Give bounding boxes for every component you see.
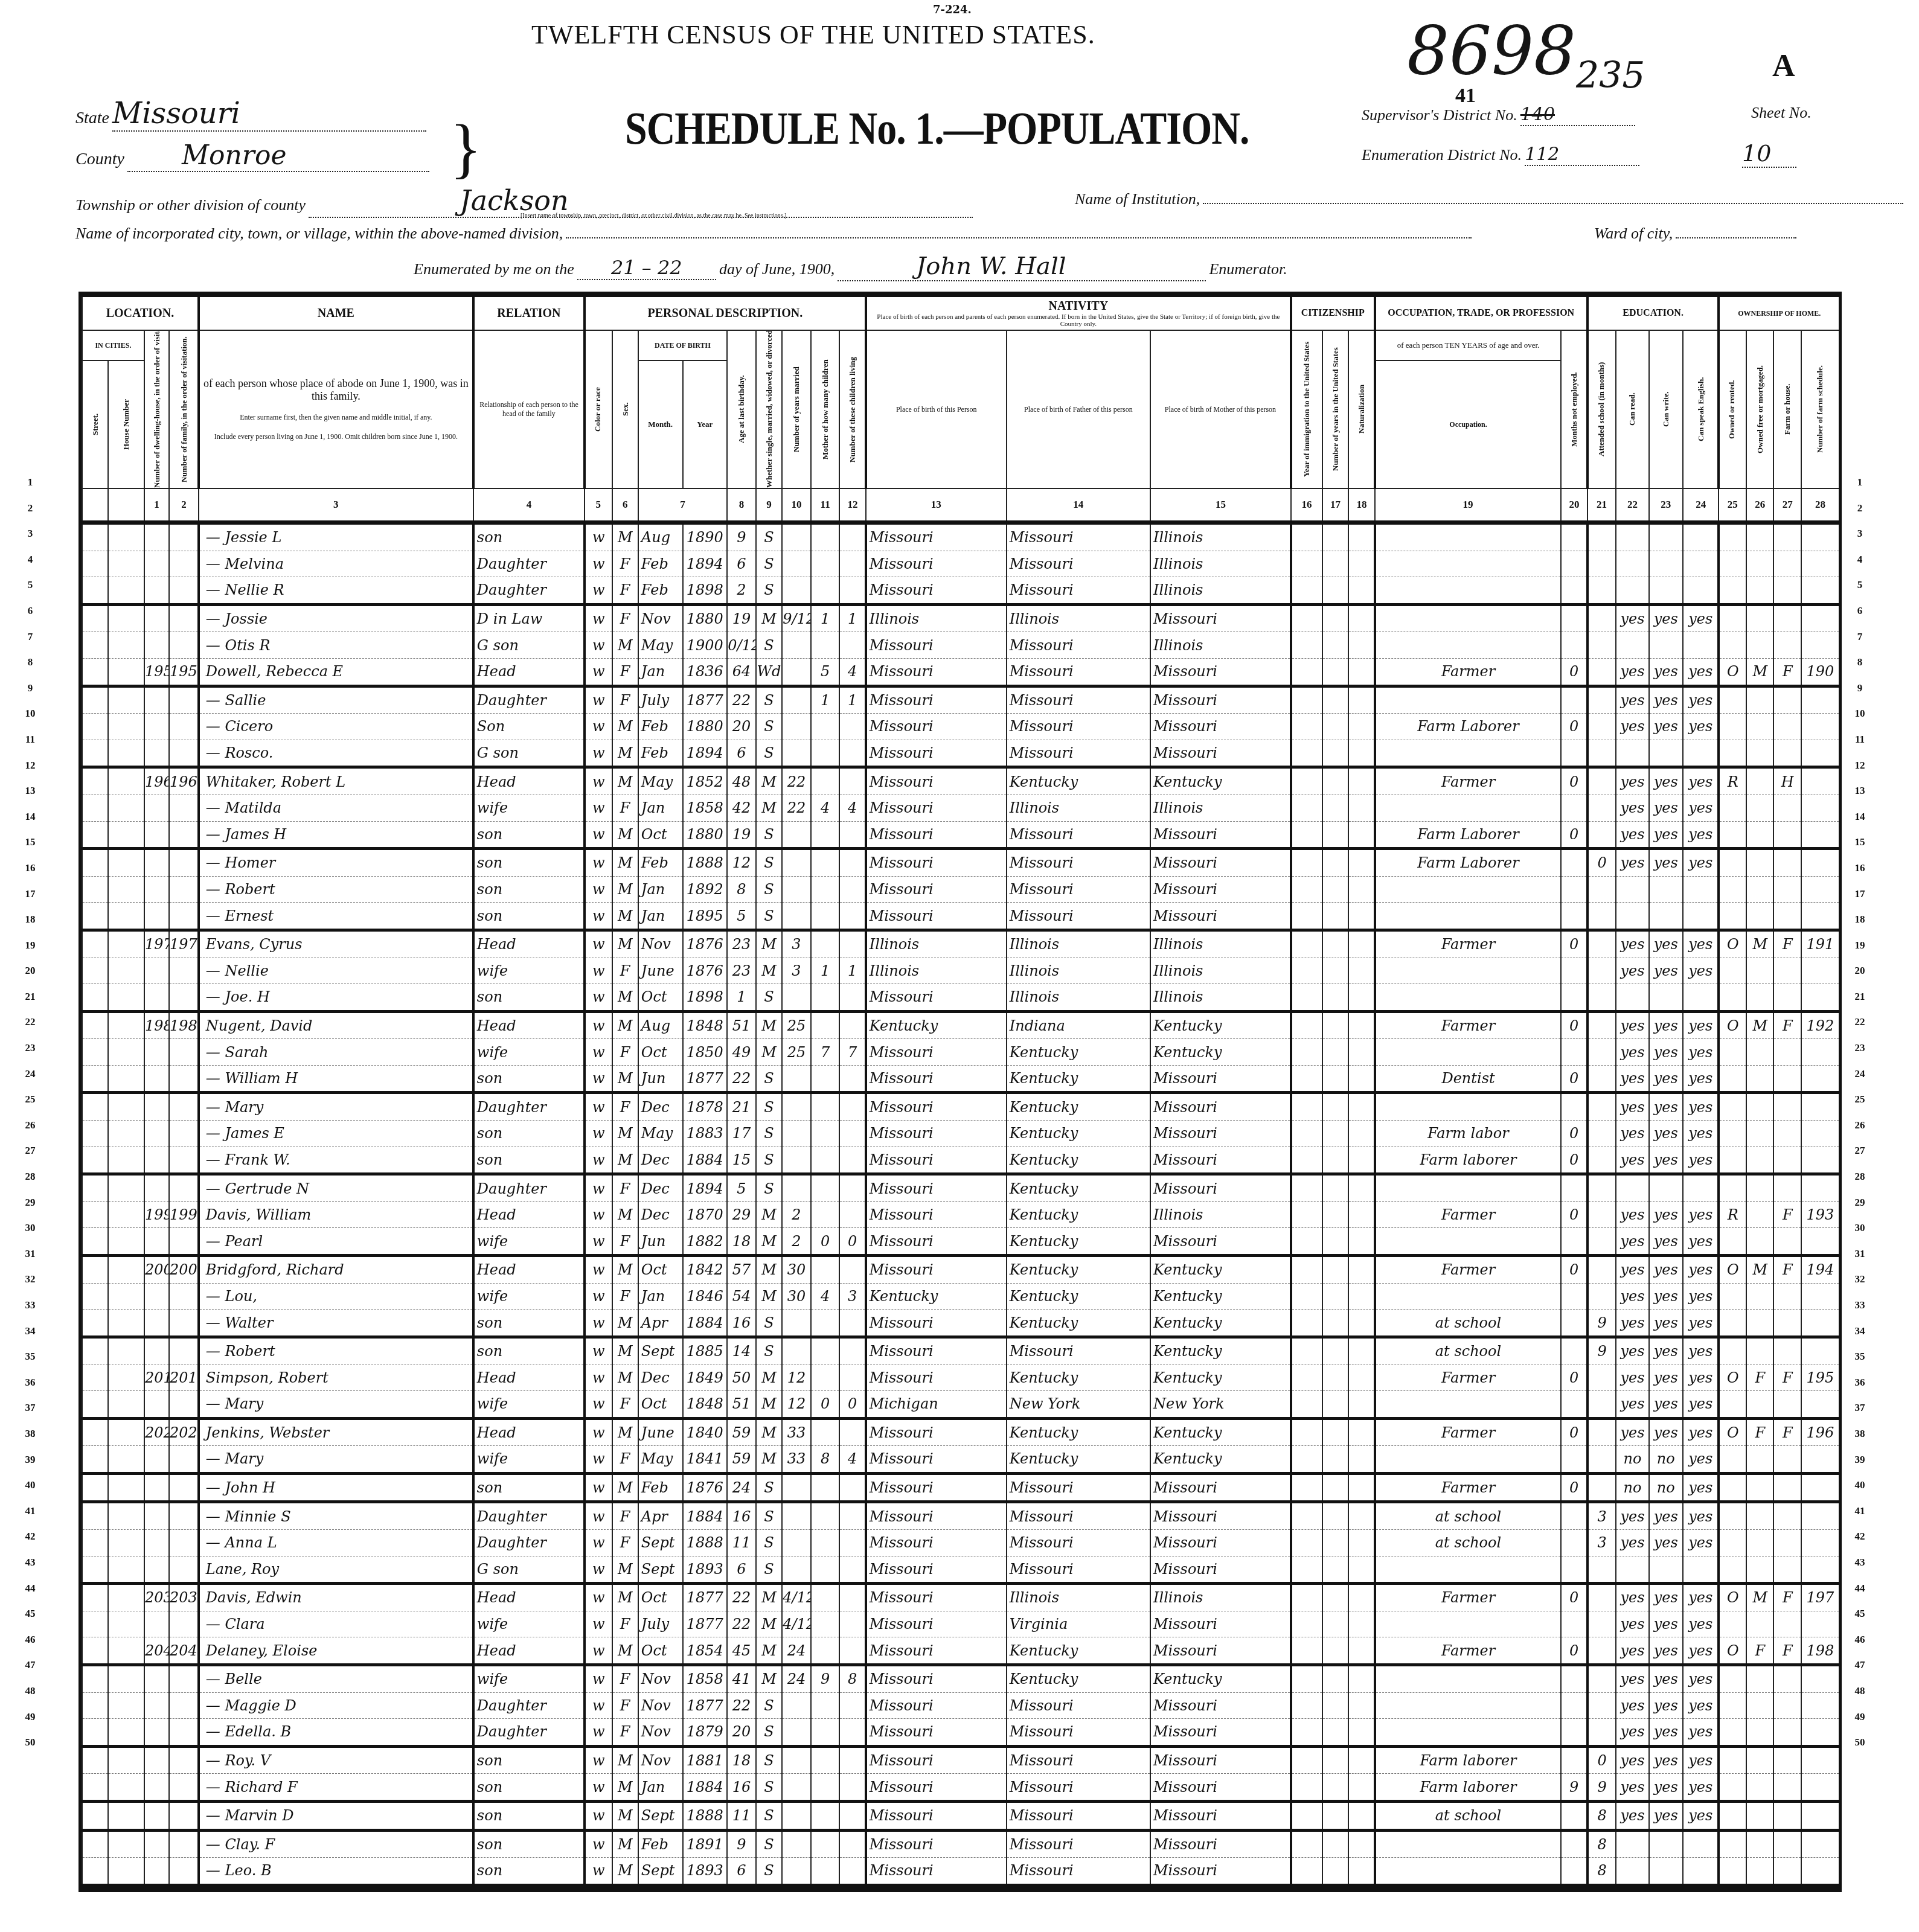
months-unemployed [1561, 1391, 1587, 1419]
owned-rented: O [1719, 658, 1746, 686]
children-living [839, 1611, 865, 1637]
can-read: yes [1616, 1256, 1648, 1284]
birthplace-father: Missouri [1007, 686, 1150, 714]
birthplace-person: Missouri [866, 551, 1007, 577]
birthplace-father: Missouri [1007, 1502, 1150, 1530]
empty-cell [108, 1692, 144, 1719]
empty-cell [82, 1830, 108, 1858]
speaks-english: yes [1683, 930, 1719, 958]
months-unemployed [1561, 1529, 1587, 1556]
empty-cell [82, 1391, 108, 1419]
years-married [782, 1093, 811, 1121]
birth-year: 1877 [683, 1584, 728, 1611]
birth-year: 1879 [683, 1719, 728, 1747]
dwelling-number [144, 876, 169, 903]
mother-of-children: 1 [811, 958, 840, 984]
speaks-english: yes [1683, 958, 1719, 984]
free-mortgaged [1746, 1774, 1774, 1802]
state-value: Missouri [112, 97, 426, 132]
family-number [169, 1665, 199, 1692]
birthplace-mother: Missouri [1150, 1637, 1291, 1665]
birthplace-person: Missouri [866, 1093, 1007, 1121]
relation: Head [473, 1201, 585, 1228]
table-row: — Gertrude NDaughterwFDec18945SMissouriK… [82, 1174, 1839, 1202]
can-read [1616, 903, 1648, 930]
empty-cell [1291, 1774, 1322, 1802]
line-number: 45 [18, 1601, 42, 1627]
occupation: Farmer [1375, 1584, 1562, 1611]
years-married [782, 714, 811, 740]
mother-of-children [811, 1418, 840, 1446]
empty-cell [82, 1801, 108, 1830]
empty-cell [108, 1337, 144, 1364]
birthplace-person: Missouri [866, 1201, 1007, 1228]
relation: Head [473, 1256, 585, 1284]
mother-of-children [811, 1201, 840, 1228]
sex: F [612, 686, 638, 714]
can-read: yes [1616, 1364, 1648, 1391]
family-number [169, 1093, 199, 1121]
farm-house [1773, 523, 1801, 551]
years-married: 4/12 [782, 1584, 811, 1611]
family-number [169, 849, 199, 877]
person-name: — Gertrude N [199, 1174, 473, 1202]
relation: wife [473, 1283, 585, 1310]
can-read [1616, 551, 1648, 577]
color-race: w [585, 551, 612, 577]
empty-cell [1291, 658, 1322, 686]
birth-month: Aug [638, 1011, 683, 1039]
dwelling-number [144, 1529, 169, 1556]
table-row: — Richard FsonwMJan188416SMissouriMissou… [82, 1774, 1839, 1802]
occupation: Farmer [1375, 1256, 1562, 1284]
farm-schedule-number [1801, 1529, 1839, 1556]
farm-house [1773, 1337, 1801, 1364]
line-number: 6 [1848, 598, 1872, 624]
years-married: 3 [782, 958, 811, 984]
column-number: 27 [1773, 488, 1801, 523]
years-married [782, 1174, 811, 1202]
attended-school [1587, 1228, 1616, 1256]
children-living [839, 930, 865, 958]
table-row: — WaltersonwMApr188416SMissouriKentuckyK… [82, 1310, 1839, 1337]
years-married: 9/12 [782, 604, 811, 632]
can-write [1649, 984, 1683, 1012]
marital-status: S [756, 984, 782, 1012]
birthplace-mother: Kentucky [1150, 1665, 1291, 1692]
sex: M [612, 1473, 638, 1502]
children-living [839, 1801, 865, 1830]
family-number [169, 1446, 199, 1474]
empty-cell [1348, 658, 1374, 686]
line-number: 37 [1848, 1395, 1872, 1421]
years-married: 30 [782, 1256, 811, 1284]
column-number: 3 [199, 488, 473, 523]
occupation: Farm Laborer [1375, 849, 1562, 877]
relation: son [473, 1830, 585, 1858]
birthplace-father: Missouri [1007, 1556, 1150, 1584]
free-mortgaged [1746, 767, 1774, 795]
birth-year: 1848 [683, 1011, 728, 1039]
color-race: w [585, 1529, 612, 1556]
age: 64 [727, 658, 756, 686]
dwelling-number: 204 [144, 1637, 169, 1665]
brace: } [450, 115, 482, 181]
empty-cell [1322, 604, 1348, 632]
marital-status: S [756, 1858, 782, 1886]
birth-year: 1840 [683, 1418, 728, 1446]
header-ownership: OWNERSHIP OF HOME. [1719, 297, 1839, 330]
line-number: 41 [1848, 1499, 1872, 1524]
column-number: 18 [1348, 488, 1374, 523]
children-living [839, 1065, 865, 1093]
age: 41 [727, 1665, 756, 1692]
speaks-english: yes [1683, 1121, 1719, 1147]
empty-cell [108, 1093, 144, 1121]
person-name: — Clay. F [199, 1830, 473, 1858]
can-write: yes [1649, 1364, 1683, 1391]
age: 22 [727, 1692, 756, 1719]
sex: M [612, 714, 638, 740]
farm-schedule-number [1801, 1665, 1839, 1692]
empty-cell [1291, 1719, 1322, 1747]
color-race: w [585, 658, 612, 686]
birthplace-mother: Missouri [1150, 1502, 1291, 1530]
sex: M [612, 1256, 638, 1284]
farm-schedule-number [1801, 1446, 1839, 1474]
age: 22 [727, 1584, 756, 1611]
empty-cell [108, 1283, 144, 1310]
age: 19 [727, 821, 756, 849]
empty-cell [1291, 1065, 1322, 1093]
dwelling-number [144, 1446, 169, 1474]
occupation [1375, 551, 1562, 577]
occupation [1375, 1665, 1562, 1692]
birthplace-person: Missouri [866, 1256, 1007, 1284]
speaks-english: yes [1683, 1364, 1719, 1391]
age: 18 [727, 1746, 756, 1774]
empty-cell [1348, 1283, 1374, 1310]
months-unemployed: 0 [1561, 1584, 1587, 1611]
birthplace-father: Missouri [1007, 1692, 1150, 1719]
birth-month: July [638, 1611, 683, 1637]
header-location: LOCATION. [82, 297, 199, 330]
table-row: 204204Delaney, EloiseHeadwMOct185445M24M… [82, 1637, 1839, 1665]
color-race: w [585, 604, 612, 632]
line-number: 5 [18, 572, 42, 598]
years-married: 3 [782, 930, 811, 958]
color-race: w [585, 1556, 612, 1584]
attended-school [1587, 1174, 1616, 1202]
line-number: 40 [18, 1473, 42, 1499]
family-number [169, 903, 199, 930]
empty-cell [108, 1774, 144, 1802]
marital-status: M [756, 1283, 782, 1310]
months-unemployed [1561, 632, 1587, 659]
years-married [782, 1473, 811, 1502]
empty-cell [108, 604, 144, 632]
can-write: yes [1649, 849, 1683, 877]
line-number: 38 [18, 1421, 42, 1447]
years-married [782, 1556, 811, 1584]
months-unemployed [1561, 523, 1587, 551]
sex: F [612, 1502, 638, 1530]
empty-cell [1291, 1637, 1322, 1665]
empty-cell [1322, 577, 1348, 605]
years-married [782, 903, 811, 930]
speaks-english: yes [1683, 1719, 1719, 1747]
owned-rented [1719, 1121, 1746, 1147]
attended-school [1587, 1121, 1616, 1147]
years-married [782, 523, 811, 551]
family-number [169, 577, 199, 605]
can-write [1649, 577, 1683, 605]
sex: M [612, 632, 638, 659]
empty-cell [1322, 1256, 1348, 1284]
table-row: — James EsonwMMay188317SMissouriKentucky… [82, 1121, 1839, 1147]
color-race: w [585, 795, 612, 821]
owned-rented [1719, 1039, 1746, 1066]
sex: M [612, 1774, 638, 1802]
empty-cell [82, 1529, 108, 1556]
can-read: yes [1616, 1011, 1648, 1039]
attended-school [1587, 958, 1616, 984]
empty-cell [1322, 714, 1348, 740]
empty-cell [1291, 1858, 1322, 1886]
line-number: 39 [1848, 1447, 1872, 1473]
free-mortgaged [1746, 1201, 1774, 1228]
attended-school: 0 [1587, 1746, 1616, 1774]
sex: M [612, 849, 638, 877]
birth-month: Dec [638, 1093, 683, 1121]
occupation: Farmer [1375, 1364, 1562, 1391]
empty-cell [1291, 1364, 1322, 1391]
birthplace-person: Missouri [866, 903, 1007, 930]
birth-year: 1880 [683, 714, 728, 740]
empty-cell [1348, 876, 1374, 903]
mother-of-children [811, 1502, 840, 1530]
can-write [1649, 523, 1683, 551]
speaks-english [1683, 632, 1719, 659]
family-number [169, 523, 199, 551]
farm-schedule-number [1801, 1801, 1839, 1830]
owned-rented [1719, 1174, 1746, 1202]
line-number: 36 [1848, 1370, 1872, 1396]
person-name: — Joe. H [199, 984, 473, 1012]
children-living [839, 1093, 865, 1121]
empty-cell [108, 1556, 144, 1584]
occupation: at school [1375, 1337, 1562, 1364]
months-unemployed: 0 [1561, 930, 1587, 958]
birth-year: 1877 [683, 1611, 728, 1637]
age: 23 [727, 958, 756, 984]
mother-of-children [811, 821, 840, 849]
empty-cell [1291, 821, 1322, 849]
birthplace-mother: Missouri [1150, 1147, 1291, 1174]
birthplace-person: Missouri [866, 1147, 1007, 1174]
line-number: 10 [18, 701, 42, 727]
farm-schedule-number [1801, 876, 1839, 903]
months-unemployed [1561, 1174, 1587, 1202]
occupation [1375, 876, 1562, 903]
months-unemployed [1561, 604, 1587, 632]
can-read: yes [1616, 1147, 1648, 1174]
empty-cell [1322, 1446, 1348, 1474]
person-name: Nugent, David [199, 1011, 473, 1039]
occupation: Farmer [1375, 1418, 1562, 1446]
years-married [782, 1746, 811, 1774]
birthplace-father: Missouri [1007, 876, 1150, 903]
empty-cell [1291, 577, 1322, 605]
sex: F [612, 577, 638, 605]
sex: F [612, 1093, 638, 1121]
header-name: NAME [199, 297, 473, 330]
dwelling-number [144, 903, 169, 930]
mother-of-children [811, 1858, 840, 1886]
occupation [1375, 958, 1562, 984]
color-race: w [585, 821, 612, 849]
owned-rented [1719, 1746, 1746, 1774]
header-years-in-us: Number of years in the United States [1322, 330, 1348, 488]
months-unemployed [1561, 1337, 1587, 1364]
column-number: 26 [1746, 488, 1774, 523]
farm-schedule-number [1801, 1121, 1839, 1147]
months-unemployed: 0 [1561, 821, 1587, 849]
birthplace-person: Missouri [866, 1121, 1007, 1147]
empty-cell [1291, 1228, 1322, 1256]
free-mortgaged [1746, 1228, 1774, 1256]
birthplace-person: Missouri [866, 1310, 1007, 1337]
farm-house: F [1773, 1201, 1801, 1228]
color-race: w [585, 523, 612, 551]
owned-rented [1719, 1446, 1746, 1474]
children-living [839, 1121, 865, 1147]
attended-school [1587, 1719, 1616, 1747]
line-numbers-left: 1234567891011121314151617181920212223242… [18, 470, 42, 1756]
free-mortgaged [1746, 1719, 1774, 1747]
birthplace-mother: Kentucky [1150, 1310, 1291, 1337]
mother-of-children [811, 1337, 840, 1364]
farm-schedule-number [1801, 1556, 1839, 1584]
speaks-english [1683, 1174, 1719, 1202]
empty-cell [1348, 821, 1374, 849]
table-row: — William HsonwMJun187722SMissouriKentuc… [82, 1065, 1839, 1093]
occupation [1375, 1446, 1562, 1474]
color-race: w [585, 1858, 612, 1886]
empty-cell [1322, 551, 1348, 577]
birthplace-person: Missouri [866, 686, 1007, 714]
dwelling-number [144, 1391, 169, 1419]
enumeration-field: Enumeration District No. 112 [1362, 144, 1639, 166]
table-row: — Roy. VsonwMNov188118SMissouriMissouriM… [82, 1746, 1839, 1774]
farm-house: F [1773, 1256, 1801, 1284]
table-row: — Anna LDaughterwFSept188811SMissouriMis… [82, 1529, 1839, 1556]
family-number [169, 714, 199, 740]
person-name: — Pearl [199, 1228, 473, 1256]
header-education: EDUCATION. [1587, 297, 1719, 330]
sex: M [612, 1801, 638, 1830]
birthplace-mother: Kentucky [1150, 767, 1291, 795]
empty-cell [82, 1093, 108, 1121]
supervisor-value: 140 [1520, 104, 1635, 126]
sex: F [612, 1446, 638, 1474]
header-speak-english: Can speak English. [1683, 330, 1719, 488]
relation: son [473, 1310, 585, 1337]
empty-cell [1348, 1391, 1374, 1419]
birth-month: Apr [638, 1502, 683, 1530]
table-row: — CiceroSonwMFeb188020SMissouriMissouriM… [82, 714, 1839, 740]
birthplace-father: Kentucky [1007, 1418, 1150, 1446]
farm-schedule-number [1801, 821, 1839, 849]
birth-month: Jun [638, 1065, 683, 1093]
speaks-english [1683, 903, 1719, 930]
age: 12 [727, 849, 756, 877]
sex: M [612, 740, 638, 767]
years-married: 4/12 [782, 1611, 811, 1637]
person-name: Bridgford, Richard [199, 1256, 473, 1284]
mother-of-children [811, 1637, 840, 1665]
state-field: State Missouri [75, 97, 450, 132]
table-row: Lane, RoyG sonwMSept18936SMissouriMissou… [82, 1556, 1839, 1584]
farm-house [1773, 1665, 1801, 1692]
column-number: 22 [1616, 488, 1648, 523]
birthplace-father: Missouri [1007, 714, 1150, 740]
empty-cell [1322, 1147, 1348, 1174]
dwelling-number [144, 849, 169, 877]
line-number: 18 [1848, 907, 1872, 933]
farm-schedule-number [1801, 577, 1839, 605]
free-mortgaged [1746, 876, 1774, 903]
can-write: yes [1649, 1147, 1683, 1174]
dwelling-number [144, 1774, 169, 1802]
line-number: 34 [18, 1319, 42, 1345]
mother-of-children [811, 523, 840, 551]
line-number: 13 [1848, 778, 1872, 804]
line-number: 26 [1848, 1113, 1872, 1139]
person-name: — Belle [199, 1665, 473, 1692]
empty-cell [1348, 1174, 1374, 1202]
person-name: — Matilda [199, 795, 473, 821]
can-write: yes [1649, 1774, 1683, 1802]
years-married [782, 849, 811, 877]
empty-cell [108, 1310, 144, 1337]
column-number: 19 [1375, 488, 1562, 523]
years-married [782, 1719, 811, 1747]
column-number [82, 488, 108, 523]
empty-cell [82, 1611, 108, 1637]
header-sex: Sex. [612, 330, 638, 488]
children-living [839, 740, 865, 767]
header-family: Number of family, in the order of visita… [169, 330, 199, 488]
line-number: 17 [18, 881, 42, 907]
color-race: w [585, 1337, 612, 1364]
birth-month: Nov [638, 604, 683, 632]
owned-rented: O [1719, 1256, 1746, 1284]
attended-school [1587, 577, 1616, 605]
table-row: — SarahwifewFOct185049M2577MissouriKentu… [82, 1039, 1839, 1066]
attended-school [1587, 1039, 1616, 1066]
birthplace-mother: Missouri [1150, 1529, 1291, 1556]
empty-cell [82, 1774, 108, 1802]
can-read: yes [1616, 1039, 1648, 1066]
free-mortgaged [1746, 1283, 1774, 1310]
sheet-value: 10 [1742, 140, 1796, 168]
children-living [839, 1692, 865, 1719]
age: 22 [727, 1611, 756, 1637]
children-living [839, 1418, 865, 1446]
table-row: — SallieDaughterwFJuly187722S11MissouriM… [82, 686, 1839, 714]
farm-house [1773, 876, 1801, 903]
